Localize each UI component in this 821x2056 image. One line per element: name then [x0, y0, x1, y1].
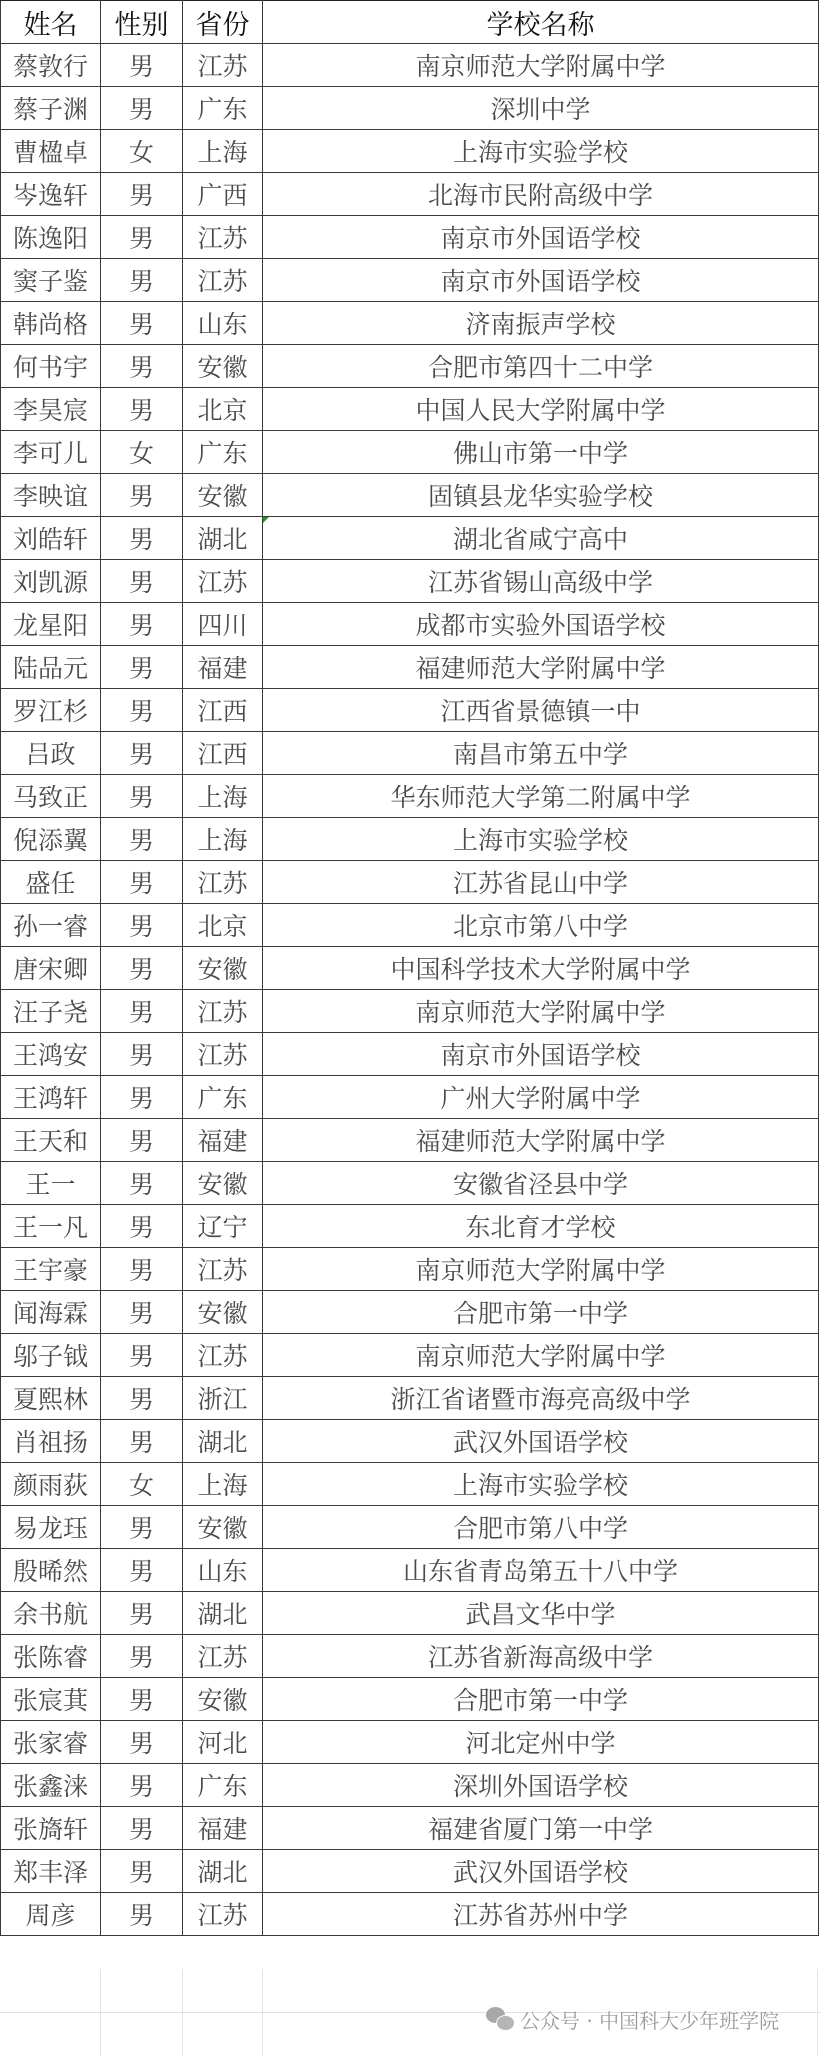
cell-name[interactable]: 刘凯源 — [1, 560, 101, 603]
table-row: 王一凡男辽宁东北育才学校 — [1, 1205, 819, 1248]
column-header-school[interactable]: 学校名称 — [263, 1, 819, 44]
cell-gender[interactable]: 男 — [101, 1592, 183, 1635]
cell-province[interactable]: 安徽 — [183, 474, 263, 517]
cell-gender[interactable]: 男 — [101, 1721, 183, 1764]
cell-province[interactable]: 江苏 — [183, 259, 263, 302]
header-row: 姓名 性别 省份 学校名称 — [1, 1, 819, 44]
cell-school[interactable]: 武昌文华中学 — [263, 1592, 819, 1635]
table-row: 肖祖扬男湖北武汉外国语学校 — [1, 1420, 819, 1463]
cell-gender[interactable]: 男 — [101, 818, 183, 861]
cell-province[interactable]: 江苏 — [183, 44, 263, 87]
cell-gender[interactable]: 男 — [101, 1033, 183, 1076]
table-row: 张鑫涞男广东深圳外国语学校 — [1, 1764, 819, 1807]
cell-school[interactable]: 固镇县龙华实验学校 — [263, 474, 819, 517]
cell-school[interactable]: 华东师范大学第二附属中学 — [263, 775, 819, 818]
cell-province[interactable]: 江西 — [183, 689, 263, 732]
cell-school[interactable]: 浙江省诸暨市海亮高级中学 — [263, 1377, 819, 1420]
cell-province[interactable]: 上海 — [183, 130, 263, 173]
table-row: 马致正男上海华东师范大学第二附属中学 — [1, 775, 819, 818]
table-row: 郑丰泽男湖北武汉外国语学校 — [1, 1850, 819, 1893]
cell-name[interactable]: 李映谊 — [1, 474, 101, 517]
cell-name[interactable]: 李可儿 — [1, 431, 101, 474]
cell-gender[interactable]: 男 — [101, 947, 183, 990]
cell-gender[interactable]: 男 — [101, 861, 183, 904]
cell-gender[interactable]: 男 — [101, 646, 183, 689]
cell-gender[interactable]: 女 — [101, 431, 183, 474]
cell-gender[interactable]: 男 — [101, 216, 183, 259]
table-row: 龙星阳男四川成都市实验外国语学校 — [1, 603, 819, 646]
watermark: 公众号 · 中国科大少年班学院 — [486, 2003, 779, 2035]
cell-gender[interactable]: 男 — [101, 1119, 183, 1162]
table-row: 邬子钺男江苏南京师范大学附属中学 — [1, 1334, 819, 1377]
cell-gender[interactable]: 男 — [101, 1764, 183, 1807]
cell-province[interactable]: 广西 — [183, 173, 263, 216]
cell-name[interactable]: 邬子钺 — [1, 1334, 101, 1377]
cell-name[interactable]: 周彦 — [1, 1893, 101, 1936]
cell-province[interactable]: 北京 — [183, 904, 263, 947]
cell-province[interactable]: 上海 — [183, 1463, 263, 1506]
cell-province[interactable]: 江苏 — [183, 1635, 263, 1678]
cell-name[interactable]: 盛任 — [1, 861, 101, 904]
cell-province[interactable]: 江苏 — [183, 560, 263, 603]
cell-name[interactable]: 唐宋卿 — [1, 947, 101, 990]
watermark-text: 公众号 · 中国科大少年班学院 — [520, 2005, 779, 2034]
cell-name[interactable]: 肖祖扬 — [1, 1420, 101, 1463]
cell-gender[interactable]: 男 — [101, 603, 183, 646]
cell-province[interactable]: 河北 — [183, 1721, 263, 1764]
cell-province[interactable]: 安徽 — [183, 1291, 263, 1334]
table-row: 孙一睿男北京北京市第八中学 — [1, 904, 819, 947]
table-row: 蔡子渊男广东深圳中学 — [1, 87, 819, 130]
table-row: 盛任男江苏江苏省昆山中学 — [1, 861, 819, 904]
table-row: 张旖轩男福建福建省厦门第一中学 — [1, 1807, 819, 1850]
cell-gender[interactable]: 男 — [101, 1076, 183, 1119]
cell-school[interactable]: 上海市实验学校 — [263, 1463, 819, 1506]
cell-province[interactable]: 湖北 — [183, 1420, 263, 1463]
table-row: 汪子尧男江苏南京师范大学附属中学 — [1, 990, 819, 1033]
cell-school[interactable]: 合肥市第一中学 — [263, 1291, 819, 1334]
cell-name[interactable]: 张宸萁 — [1, 1678, 101, 1721]
cell-province[interactable]: 广东 — [183, 431, 263, 474]
cell-name[interactable]: 曹楹卓 — [1, 130, 101, 173]
cell-province[interactable]: 湖北 — [183, 1850, 263, 1893]
table-row: 张家睿男河北河北定州中学 — [1, 1721, 819, 1764]
cell-name[interactable]: 吕政 — [1, 732, 101, 775]
cell-gender[interactable]: 男 — [101, 44, 183, 87]
spreadsheet: 姓名 性别 省份 学校名称 蔡敦行男江苏南京师范大学附属中学蔡子渊男广东深圳中学… — [0, 0, 821, 2056]
table-row: 唐宋卿男安徽中国科学技术大学附属中学 — [1, 947, 819, 990]
cell-school[interactable]: 深圳外国语学校 — [263, 1764, 819, 1807]
cell-gender[interactable]: 女 — [101, 1463, 183, 1506]
cell-name[interactable]: 蔡敦行 — [1, 44, 101, 87]
cell-name[interactable]: 倪添翼 — [1, 818, 101, 861]
cell-name[interactable]: 蔡子渊 — [1, 87, 101, 130]
cell-name[interactable]: 余书航 — [1, 1592, 101, 1635]
table-row: 曹楹卓女上海上海市实验学校 — [1, 130, 819, 173]
cell-name[interactable]: 张陈睿 — [1, 1635, 101, 1678]
cell-name[interactable]: 郑丰泽 — [1, 1850, 101, 1893]
cell-school[interactable]: 江苏省苏州中学 — [263, 1893, 819, 1936]
cell-school[interactable]: 北海市民附高级中学 — [263, 173, 819, 216]
table-row: 颜雨荻女上海上海市实验学校 — [1, 1463, 819, 1506]
column-header-name[interactable]: 姓名 — [1, 1, 101, 44]
table-row: 王一男安徽安徽省泾县中学 — [1, 1162, 819, 1205]
table-row: 张宸萁男安徽合肥市第一中学 — [1, 1678, 819, 1721]
column-header-province[interactable]: 省份 — [183, 1, 263, 44]
cell-school[interactable]: 武汉外国语学校 — [263, 1850, 819, 1893]
cell-name[interactable]: 汪子尧 — [1, 990, 101, 1033]
wechat-icon — [486, 2007, 514, 2031]
column-header-gender[interactable]: 性别 — [101, 1, 183, 44]
cell-province[interactable]: 江苏 — [183, 861, 263, 904]
cell-school[interactable]: 江西省景德镇一中 — [263, 689, 819, 732]
cell-province[interactable]: 江苏 — [183, 1334, 263, 1377]
table-row: 周彦男江苏江苏省苏州中学 — [1, 1893, 819, 1936]
table-row: 闻海霖男安徽合肥市第一中学 — [1, 1291, 819, 1334]
cell-province[interactable]: 四川 — [183, 603, 263, 646]
cell-province[interactable]: 广东 — [183, 1076, 263, 1119]
cell-school[interactable]: 东北育才学校 — [263, 1205, 819, 1248]
cell-province[interactable]: 北京 — [183, 388, 263, 431]
cell-school[interactable]: 福建师范大学附属中学 — [263, 646, 819, 689]
table-row: 王宇豪男江苏南京师范大学附属中学 — [1, 1248, 819, 1291]
table-row: 蔡敦行男江苏南京师范大学附属中学 — [1, 44, 819, 87]
cell-name[interactable]: 闻海霖 — [1, 1291, 101, 1334]
cell-gender[interactable]: 男 — [101, 560, 183, 603]
cell-name[interactable]: 马致正 — [1, 775, 101, 818]
cell-school[interactable]: 江苏省昆山中学 — [263, 861, 819, 904]
table-row: 李昊宸男北京中国人民大学附属中学 — [1, 388, 819, 431]
cell-name[interactable]: 张家睿 — [1, 1721, 101, 1764]
table-row: 岑逸轩男广西北海市民附高级中学 — [1, 173, 819, 216]
cell-school[interactable]: 福建师范大学附属中学 — [263, 1119, 819, 1162]
cell-school[interactable]: 南京师范大学附属中学 — [263, 990, 819, 1033]
cell-province[interactable]: 辽宁 — [183, 1205, 263, 1248]
cell-province[interactable]: 安徽 — [183, 345, 263, 388]
cell-school[interactable]: 上海市实验学校 — [263, 130, 819, 173]
cell-province[interactable]: 安徽 — [183, 1506, 263, 1549]
cell-gender[interactable]: 男 — [101, 1420, 183, 1463]
cell-province[interactable]: 安徽 — [183, 1162, 263, 1205]
cell-gender[interactable]: 男 — [101, 1205, 183, 1248]
table-body: 蔡敦行男江苏南京师范大学附属中学蔡子渊男广东深圳中学曹楹卓女上海上海市实验学校岑… — [1, 44, 819, 1936]
cell-school[interactable]: 上海市实验学校 — [263, 818, 819, 861]
cell-name[interactable]: 王一凡 — [1, 1205, 101, 1248]
cell-province[interactable]: 福建 — [183, 646, 263, 689]
cell-school[interactable]: 济南振声学校 — [263, 302, 819, 345]
cell-gender[interactable]: 男 — [101, 1678, 183, 1721]
cell-school[interactable]: 河北定州中学 — [263, 1721, 819, 1764]
cell-note-marker-icon — [263, 517, 269, 523]
cell-gender[interactable]: 男 — [101, 1377, 183, 1420]
cell-province[interactable]: 湖北 — [183, 517, 263, 560]
cell-gender[interactable]: 男 — [101, 1635, 183, 1678]
cell-school[interactable]: 深圳中学 — [263, 87, 819, 130]
cell-school[interactable]: 南京市外国语学校 — [263, 1033, 819, 1076]
cell-name[interactable]: 孙一睿 — [1, 904, 101, 947]
table-row: 窦子鉴男江苏南京市外国语学校 — [1, 259, 819, 302]
cell-name[interactable]: 王一 — [1, 1162, 101, 1205]
cell-gender[interactable]: 男 — [101, 904, 183, 947]
cell-gender[interactable]: 男 — [101, 517, 183, 560]
cell-school[interactable]: 安徽省泾县中学 — [263, 1162, 819, 1205]
cell-name[interactable]: 龙星阳 — [1, 603, 101, 646]
cell-school[interactable]: 山东省青岛第五十八中学 — [263, 1549, 819, 1592]
cell-school[interactable]: 合肥市第一中学 — [263, 1678, 819, 1721]
table-row: 余书航男湖北武昌文华中学 — [1, 1592, 819, 1635]
cell-school[interactable]: 南京市外国语学校 — [263, 216, 819, 259]
cell-gender[interactable]: 男 — [101, 345, 183, 388]
cell-gender[interactable]: 男 — [101, 1893, 183, 1936]
cell-gender[interactable]: 男 — [101, 732, 183, 775]
cell-gender[interactable]: 男 — [101, 689, 183, 732]
cell-school[interactable]: 佛山市第一中学 — [263, 431, 819, 474]
cell-gender[interactable]: 男 — [101, 1248, 183, 1291]
cell-province[interactable]: 安徽 — [183, 947, 263, 990]
cell-gender[interactable]: 男 — [101, 302, 183, 345]
cell-school[interactable]: 南京师范大学附属中学 — [263, 44, 819, 87]
cell-province[interactable]: 广东 — [183, 87, 263, 130]
cell-province[interactable]: 江西 — [183, 732, 263, 775]
cell-gender[interactable]: 男 — [101, 1162, 183, 1205]
cell-name[interactable]: 殷晞然 — [1, 1549, 101, 1592]
cell-school[interactable]: 江苏省锡山高级中学 — [263, 560, 819, 603]
cell-gender[interactable]: 男 — [101, 259, 183, 302]
cell-province[interactable]: 江苏 — [183, 1033, 263, 1076]
cell-school[interactable]: 北京市第八中学 — [263, 904, 819, 947]
cell-name[interactable]: 王宇豪 — [1, 1248, 101, 1291]
cell-province[interactable]: 湖北 — [183, 1592, 263, 1635]
cell-name[interactable]: 陈逸阳 — [1, 216, 101, 259]
table-row: 陆品元男福建福建师范大学附属中学 — [1, 646, 819, 689]
cell-gender[interactable]: 男 — [101, 1549, 183, 1592]
cell-name[interactable]: 易龙珏 — [1, 1506, 101, 1549]
cell-gender[interactable]: 男 — [101, 1506, 183, 1549]
cell-province[interactable]: 上海 — [183, 775, 263, 818]
cell-gender[interactable]: 女 — [101, 130, 183, 173]
cell-school-text: 湖北省咸宁高中 — [453, 525, 628, 554]
table-row: 陈逸阳男江苏南京市外国语学校 — [1, 216, 819, 259]
table-row: 李映谊男安徽固镇县龙华实验学校 — [1, 474, 819, 517]
cell-name[interactable]: 罗江杉 — [1, 689, 101, 732]
cell-name[interactable]: 张旖轩 — [1, 1807, 101, 1850]
cell-school[interactable]: 福建省厦门第一中学 — [263, 1807, 819, 1850]
cell-name[interactable]: 韩尚格 — [1, 302, 101, 345]
cell-school[interactable]: 南京师范大学附属中学 — [263, 1248, 819, 1291]
table-row: 王鸿安男江苏南京市外国语学校 — [1, 1033, 819, 1076]
table-row: 王鸿轩男广东广州大学附属中学 — [1, 1076, 819, 1119]
cell-school[interactable]: 南京师范大学附属中学 — [263, 1334, 819, 1377]
cell-province[interactable]: 福建 — [183, 1807, 263, 1850]
table-row: 刘皓轩男湖北湖北省咸宁高中 — [1, 517, 819, 560]
cell-name[interactable]: 张鑫涞 — [1, 1764, 101, 1807]
cell-province[interactable]: 山东 — [183, 302, 263, 345]
cell-gender[interactable]: 男 — [101, 173, 183, 216]
table-row: 殷晞然男山东山东省青岛第五十八中学 — [1, 1549, 819, 1592]
table-row: 李可儿女广东佛山市第一中学 — [1, 431, 819, 474]
cell-gender[interactable]: 男 — [101, 1807, 183, 1850]
table-row: 倪添翼男上海上海市实验学校 — [1, 818, 819, 861]
cell-school[interactable]: 南京市外国语学校 — [263, 259, 819, 302]
cell-gender[interactable]: 男 — [101, 1850, 183, 1893]
cell-school[interactable]: 合肥市第四十二中学 — [263, 345, 819, 388]
cell-province[interactable]: 安徽 — [183, 1678, 263, 1721]
cell-province[interactable]: 广东 — [183, 1764, 263, 1807]
cell-province[interactable]: 福建 — [183, 1119, 263, 1162]
table-row: 刘凯源男江苏江苏省锡山高级中学 — [1, 560, 819, 603]
table-row: 吕政男江西南昌市第五中学 — [1, 732, 819, 775]
cell-gender[interactable]: 男 — [101, 87, 183, 130]
cell-name[interactable]: 岑逸轩 — [1, 173, 101, 216]
cell-province[interactable]: 江苏 — [183, 216, 263, 259]
table-row: 韩尚格男山东济南振声学校 — [1, 302, 819, 345]
table-row: 王天和男福建福建师范大学附属中学 — [1, 1119, 819, 1162]
cell-name[interactable]: 颜雨荻 — [1, 1463, 101, 1506]
cell-name[interactable]: 陆品元 — [1, 646, 101, 689]
cell-school[interactable]: 成都市实验外国语学校 — [263, 603, 819, 646]
student-roster-table: 姓名 性别 省份 学校名称 蔡敦行男江苏南京师范大学附属中学蔡子渊男广东深圳中学… — [0, 0, 819, 1936]
cell-school[interactable]: 湖北省咸宁高中 — [263, 517, 819, 560]
cell-name[interactable]: 夏熙林 — [1, 1377, 101, 1420]
cell-name[interactable]: 李昊宸 — [1, 388, 101, 431]
cell-name[interactable]: 王鸿安 — [1, 1033, 101, 1076]
cell-school[interactable]: 中国人民大学附属中学 — [263, 388, 819, 431]
cell-school[interactable]: 南昌市第五中学 — [263, 732, 819, 775]
cell-province[interactable]: 上海 — [183, 818, 263, 861]
cell-gender[interactable]: 男 — [101, 775, 183, 818]
cell-gender[interactable]: 男 — [101, 1334, 183, 1377]
cell-school[interactable]: 武汉外国语学校 — [263, 1420, 819, 1463]
table-row: 张陈睿男江苏江苏省新海高级中学 — [1, 1635, 819, 1678]
cell-school[interactable]: 中国科学技术大学附属中学 — [263, 947, 819, 990]
table-row: 何书宇男安徽合肥市第四十二中学 — [1, 345, 819, 388]
table-row: 罗江杉男江西江西省景德镇一中 — [1, 689, 819, 732]
cell-name[interactable]: 窦子鉴 — [1, 259, 101, 302]
cell-name[interactable]: 刘皓轩 — [1, 517, 101, 560]
cell-school[interactable]: 江苏省新海高级中学 — [263, 1635, 819, 1678]
cell-gender[interactable]: 男 — [101, 388, 183, 431]
cell-gender[interactable]: 男 — [101, 474, 183, 517]
cell-province[interactable]: 江苏 — [183, 1248, 263, 1291]
cell-province[interactable]: 浙江 — [183, 1377, 263, 1420]
cell-province[interactable]: 江苏 — [183, 1893, 263, 1936]
cell-name[interactable]: 何书宇 — [1, 345, 101, 388]
cell-province[interactable]: 江苏 — [183, 990, 263, 1033]
cell-province[interactable]: 山东 — [183, 1549, 263, 1592]
table-row: 夏熙林男浙江浙江省诸暨市海亮高级中学 — [1, 1377, 819, 1420]
cell-name[interactable]: 王天和 — [1, 1119, 101, 1162]
table-row: 易龙珏男安徽合肥市第八中学 — [1, 1506, 819, 1549]
cell-gender[interactable]: 男 — [101, 1291, 183, 1334]
cell-school[interactable]: 合肥市第八中学 — [263, 1506, 819, 1549]
cell-name[interactable]: 王鸿轩 — [1, 1076, 101, 1119]
cell-school[interactable]: 广州大学附属中学 — [263, 1076, 819, 1119]
cell-gender[interactable]: 男 — [101, 990, 183, 1033]
